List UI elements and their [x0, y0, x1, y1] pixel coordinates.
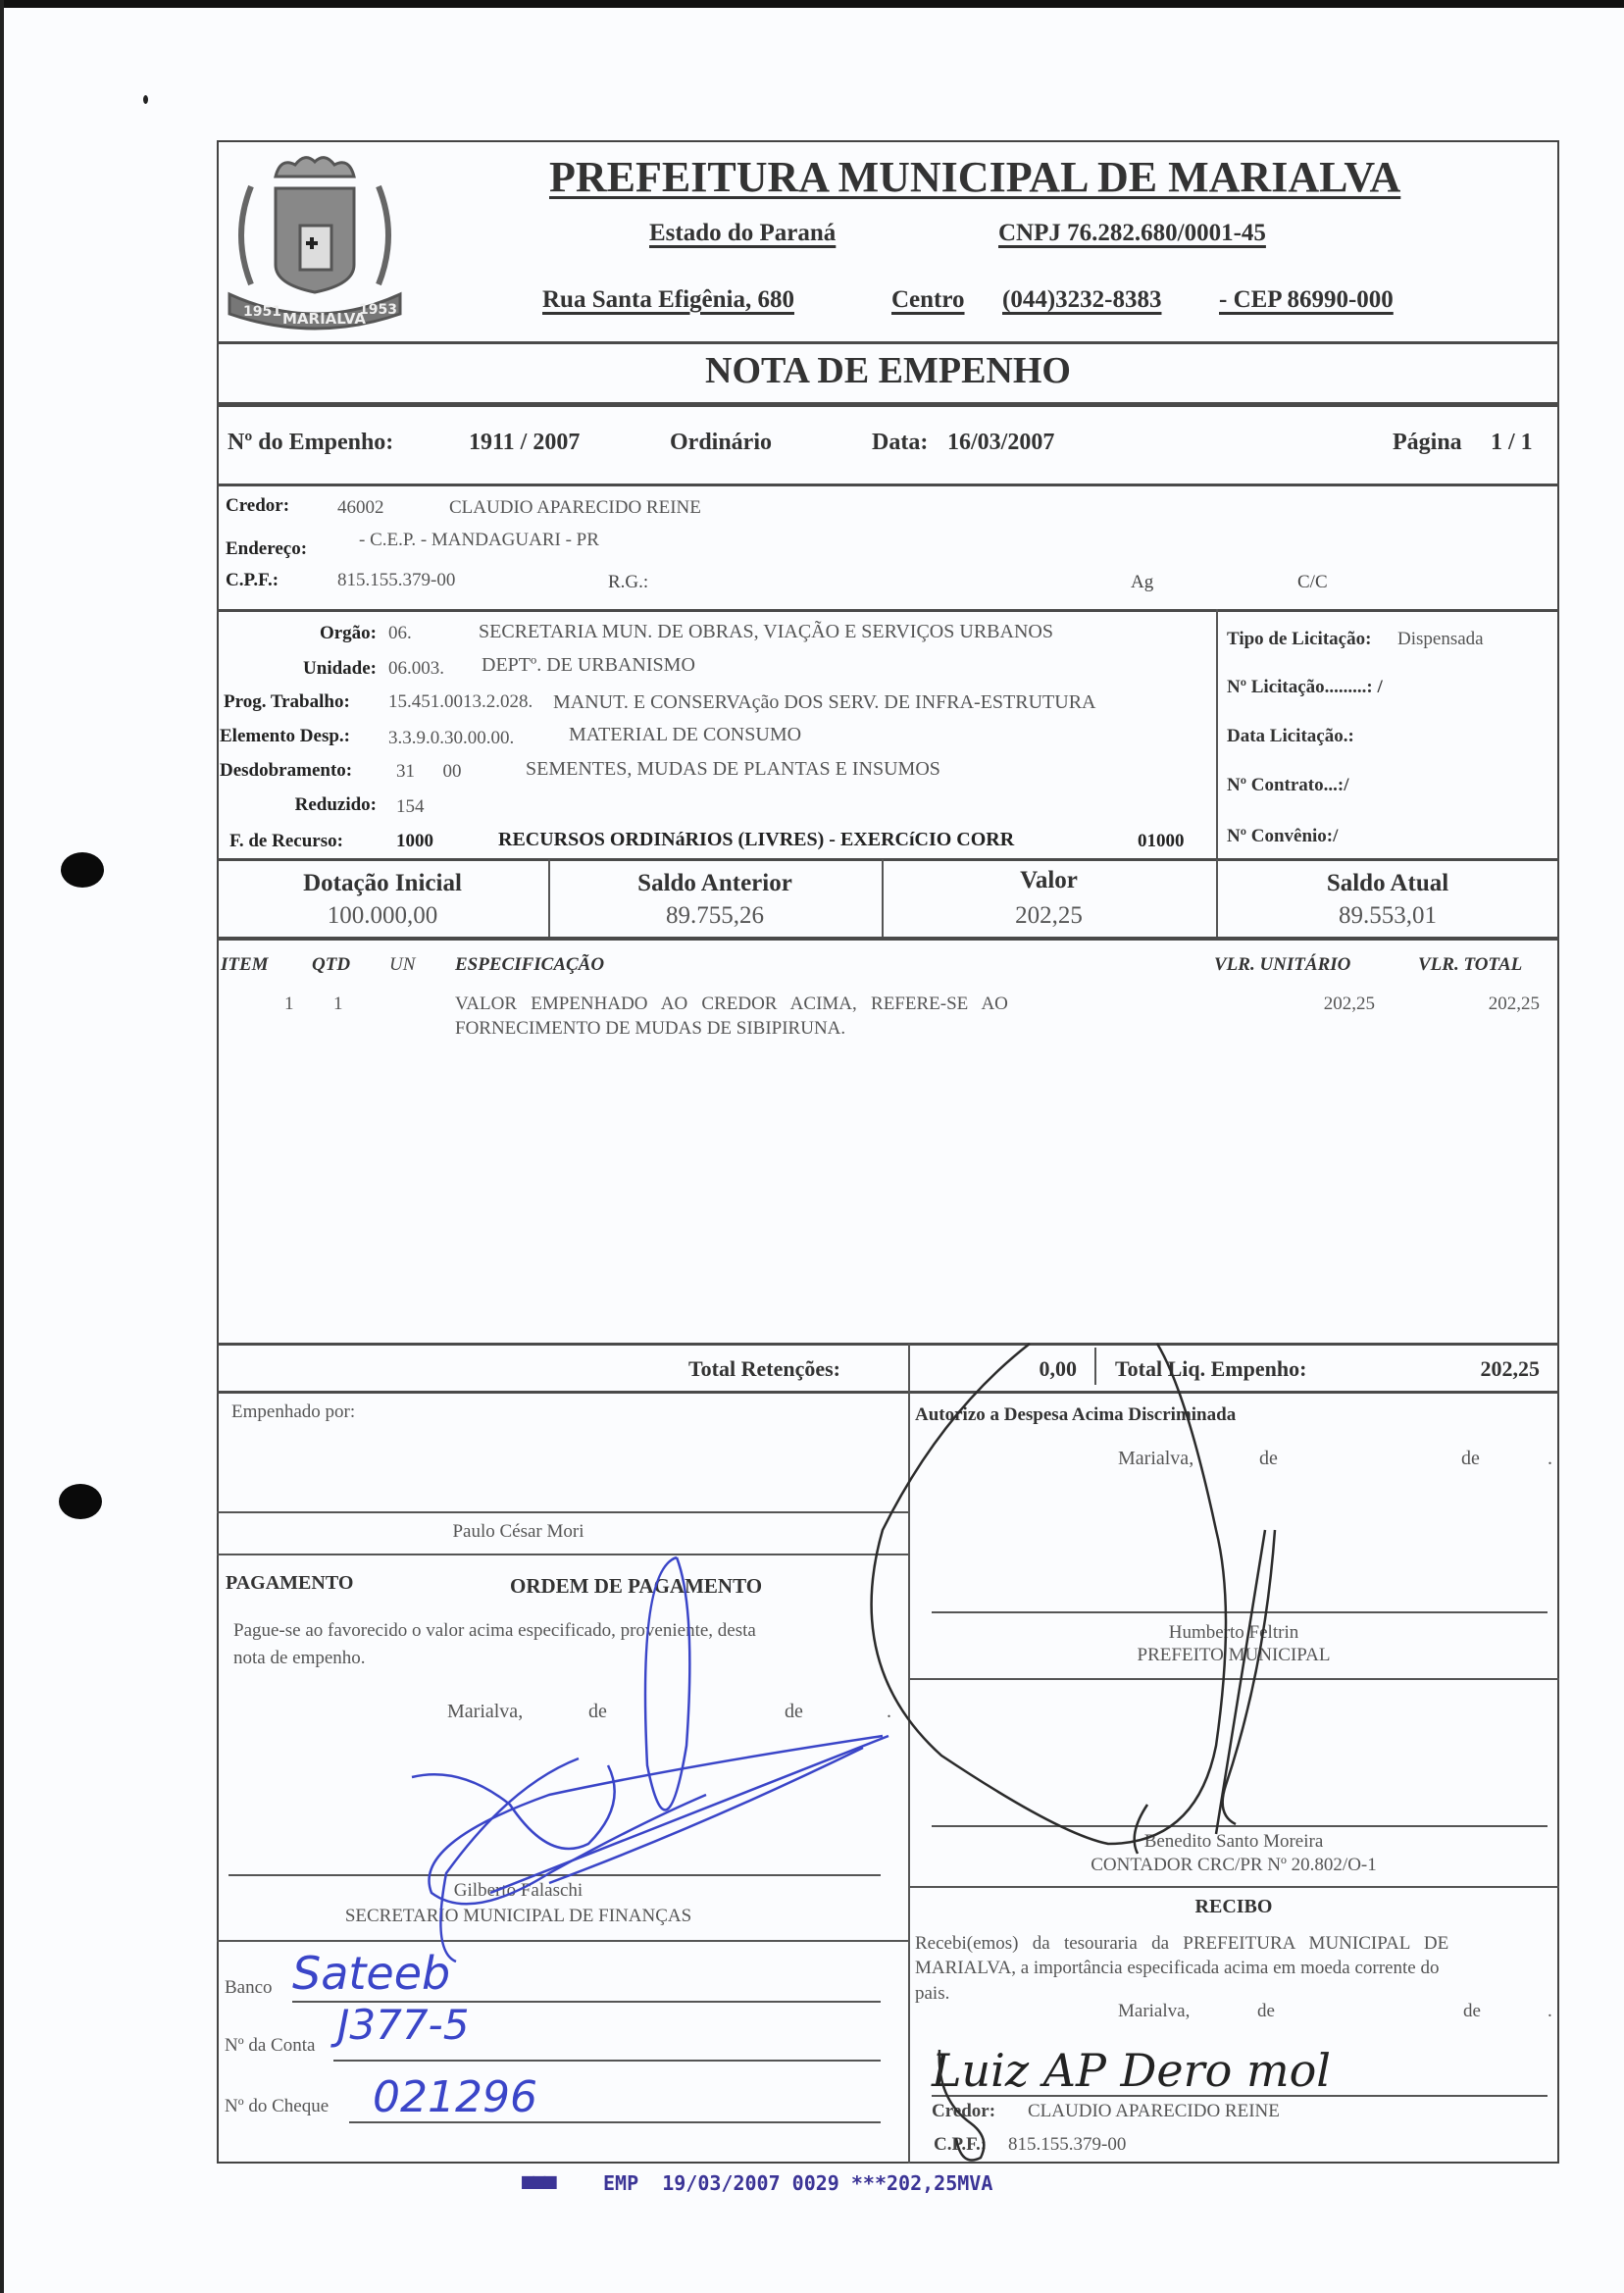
elemento-label: Elemento Desp.: [220, 726, 350, 747]
credor-code: 46002 [337, 497, 384, 519]
cheque-label: Nº do Cheque [225, 2096, 329, 2117]
empenhado-por-label: Empenhado por: [231, 1401, 355, 1423]
divider [217, 937, 1559, 941]
signature-line [932, 1611, 1548, 1613]
credor-address: - C.E.P. - MANDAGUARI - PR [359, 530, 599, 551]
empenho-date-label: Data: [872, 430, 928, 456]
orgao-label: Orgão: [217, 623, 377, 644]
ordem-pagamento-title: ORDEM DE PAGAMENTO [510, 1574, 762, 1599]
divider [217, 341, 1559, 344]
pagamento-dot: . [887, 1701, 891, 1723]
elemento-code: 3.3.9.0.30.00.00. [388, 728, 514, 749]
scan-speck [143, 95, 148, 104]
reduzido-code: 154 [396, 796, 425, 818]
recibo-line1: Recebi(emos) da tesouraria da PREFEITURA… [915, 1933, 1448, 1955]
total-retencoes-value: 0,00 [1000, 1356, 1077, 1382]
conta-label: Nº da Conta [225, 2035, 315, 2057]
recibo-cpf: 815.155.379-00 [1008, 2134, 1126, 2156]
desdobramento-code: 31 00 [396, 761, 462, 783]
recurso-code: 1000 [396, 831, 433, 852]
cheque-field[interactable]: 021296 [373, 2072, 537, 2122]
signature-line [228, 1874, 881, 1876]
contador-role: CONTADOR CRC/PR Nº 20.802/O-1 [908, 1855, 1559, 1876]
org-state: Estado do Paraná [649, 220, 836, 247]
org-address: Rua Santa Efigênia, 680 [542, 286, 794, 314]
saldo-anterior-label: Saldo Anterior [548, 870, 882, 897]
divider [217, 858, 1559, 861]
org-title: PREFEITURA MUNICIPAL DE MARIALVA [549, 152, 1400, 202]
svg-text:1951: 1951 [243, 304, 281, 320]
tipo-licitacao-value: Dispensada [1397, 629, 1484, 650]
conta-field-line [333, 2060, 881, 2062]
scan-top-edge [0, 0, 1624, 8]
item-number: 1 [284, 994, 294, 1015]
divider-vertical [908, 1391, 910, 2164]
reduzido-label: Reduzido: [217, 794, 377, 816]
divider [908, 1886, 1559, 1888]
tipo-licitacao-label: Tipo de Licitação: [1227, 629, 1371, 650]
org-cnpj: CNPJ 76.282.680/0001-45 [998, 220, 1266, 247]
org-phone: (044)3232-8383 [1002, 286, 1161, 314]
contador-name: Benedito Santo Moreira [908, 1831, 1559, 1853]
col-header-item: ITEM [221, 954, 269, 976]
recibo-city: Marialva, [1118, 2001, 1190, 2022]
item-unit-value: 202,25 [1265, 994, 1375, 1015]
item-spec-line1: VALOR EMPENHADO AO CREDOR ACIMA, REFERE-… [455, 994, 1008, 1015]
recibo-credor-name: CLAUDIO APARECIDO REINE [1028, 2101, 1280, 2122]
recibo-dot: . [1548, 2001, 1552, 2022]
page-label: Página [1393, 430, 1462, 456]
recibo-cpf-label: C.P.F.: [934, 2134, 987, 2156]
empenho-type: Ordinário [670, 430, 772, 456]
org-cep: - CEP 86990-000 [1219, 286, 1394, 314]
org-district: Centro [891, 286, 965, 314]
empenho-date: 16/03/2007 [947, 430, 1054, 456]
saldo-atual-label: Saldo Atual [1216, 870, 1559, 897]
ag-label: Ag [1131, 572, 1153, 593]
prefeito-role: PREFEITO MUNICIPAL [908, 1645, 1559, 1666]
numero-licitacao: Nº Licitação.........: / [1227, 677, 1383, 698]
unidade-desc: DEPTº. DE URBANISMO [482, 654, 695, 677]
total-retencoes-label: Total Retenções: [688, 1356, 840, 1382]
item-total-value: 202,25 [1432, 994, 1540, 1015]
autorizo-label: Autorizo a Despesa Acima Discriminada [915, 1404, 1236, 1426]
total-liquido-value: 202,25 [1442, 1356, 1540, 1382]
punch-hole-top [61, 852, 104, 888]
divider [217, 402, 1559, 407]
numero-contrato: Nº Contrato...:/ [1227, 775, 1348, 796]
divider-vertical [1216, 609, 1218, 859]
divider-vertical [1094, 1348, 1096, 1385]
page-number: 1 / 1 [1491, 430, 1533, 456]
credor-cpf: 815.155.379-00 [337, 570, 455, 591]
col-header-un: UN [389, 954, 415, 976]
item-qtd: 1 [333, 994, 343, 1015]
prog-trabalho-desc: MANUT. E CONSERVAção DOS SERV. DE INFRA-… [553, 691, 1096, 714]
col-header-unit: VLR. UNITÁRIO [1214, 954, 1350, 976]
dotacao-inicial-value: 100.000,00 [217, 902, 548, 930]
recibo-line2: MARIALVA, a importância especificada aci… [915, 1958, 1439, 1979]
divider [217, 609, 1559, 612]
divider [217, 1343, 1559, 1346]
credor-name: CLAUDIO APARECIDO REINE [449, 497, 701, 519]
prog-trabalho-label: Prog. Trabalho: [224, 691, 350, 713]
signature-line [217, 1511, 908, 1513]
empenho-number-label: Nº do Empenho: [228, 430, 393, 456]
recibo-de2: de [1463, 2001, 1481, 2022]
empenho-number: 1911 / 2007 [469, 430, 580, 456]
rg-label: R.G.: [608, 572, 648, 593]
recibo-line3: pais. [915, 1983, 949, 2005]
data-licitacao: Data Licitação.: [1227, 726, 1354, 747]
autorizo-de2: de [1461, 1448, 1480, 1470]
cpf-label: C.P.F.: [226, 570, 279, 591]
municipal-crest-logo: 1951 MARIALVA 1953 [222, 147, 408, 338]
orgao-code: 06. [388, 623, 412, 644]
bank-stamp-logo: ■■■ [522, 2169, 555, 2194]
autorizo-de1: de [1259, 1448, 1278, 1470]
document-title: NOTA DE EMPENHO [217, 349, 1559, 392]
pagamento-city: Marialva, [447, 1701, 523, 1723]
total-liquido-label: Total Liq. Empenho: [1115, 1356, 1306, 1382]
pagamento-text-line2: nota de empenho. [233, 1648, 366, 1669]
desdobramento-label: Desdobramento: [220, 760, 352, 782]
svg-text:1953: 1953 [359, 302, 397, 318]
signature-line [932, 1825, 1548, 1827]
pagamento-label: PAGAMENTO [226, 1572, 353, 1595]
divider [217, 484, 1559, 486]
divider [217, 1554, 908, 1555]
desdobramento-desc: SEMENTES, MUDAS DE PLANTAS E INSUMOS [526, 758, 940, 781]
secretario-role: SECRETARIO MUNICIPAL DE FINANÇAS [217, 1906, 908, 1927]
numero-convenio: Nº Convênio:/ [1227, 826, 1338, 847]
pagamento-de2: de [785, 1701, 803, 1723]
bank-stamp-text: EMP 19/03/2007 0029 ***202,25MVA [603, 2171, 992, 2195]
secretario-name: Gilberto Falaschi [217, 1880, 908, 1902]
cc-label: C/C [1297, 572, 1328, 593]
recibo-de1: de [1257, 2001, 1275, 2022]
credor-handwritten-signature: Luiz AP Dero mol [932, 2044, 1331, 2097]
recibo-credor-label: Credor: [932, 2101, 995, 2122]
divider-vertical [908, 1344, 910, 1391]
scan-left-edge [0, 0, 4, 2293]
punch-hole-bottom [59, 1484, 102, 1519]
pagamento-text-line1: Pague-se ao favorecido o valor acima esp… [233, 1620, 756, 1642]
divider [217, 1940, 908, 1942]
dotacao-inicial-label: Dotação Inicial [217, 870, 548, 897]
recurso-suffix: 01000 [1138, 831, 1185, 852]
recurso-desc: RECURSOS ORDINáRIOS (LIVRES) - EXERCíCIO… [498, 829, 1014, 851]
divider [217, 1391, 1559, 1394]
autorizo-dot: . [1548, 1448, 1552, 1470]
svg-text:MARIALVA: MARIALVA [282, 310, 366, 328]
saldo-anterior-value: 89.755,26 [548, 902, 882, 930]
banco-field[interactable]: Sateeb [292, 1947, 450, 2000]
valor-value: 202,25 [882, 902, 1216, 930]
address-label: Endereço: [226, 538, 307, 560]
recibo-title: RECIBO [908, 1896, 1559, 1918]
empenhado-por-name: Paulo César Mori [217, 1521, 908, 1543]
col-header-qtd: QTD [312, 954, 350, 976]
autorizo-city: Marialva, [1118, 1448, 1193, 1470]
banco-label: Banco [225, 1977, 273, 1999]
col-header-total: VLR. TOTAL [1418, 954, 1522, 976]
credor-label: Credor: [226, 495, 289, 517]
recurso-label: F. de Recurso: [229, 831, 343, 852]
conta-field[interactable]: J377-5 [337, 2001, 469, 2049]
saldo-atual-value: 89.553,01 [1216, 902, 1559, 930]
divider [908, 1678, 1559, 1680]
prog-trabalho-code: 15.451.0013.2.028. [388, 691, 533, 713]
elemento-desc: MATERIAL DE CONSUMO [569, 724, 801, 746]
valor-label: Valor [882, 867, 1216, 894]
unidade-code: 06.003. [388, 658, 444, 680]
item-spec-line2: FORNECIMENTO DE MUDAS DE SIBIPIRUNA. [455, 1018, 845, 1040]
col-header-spec: ESPECIFICAÇÃO [455, 954, 604, 976]
prefeito-name: Humberto Feltrin [908, 1622, 1559, 1644]
orgao-desc: SECRETARIA MUN. DE OBRAS, VIAÇÃO E SERVI… [479, 621, 1053, 643]
unidade-label: Unidade: [217, 658, 377, 680]
pagamento-de1: de [588, 1701, 607, 1723]
